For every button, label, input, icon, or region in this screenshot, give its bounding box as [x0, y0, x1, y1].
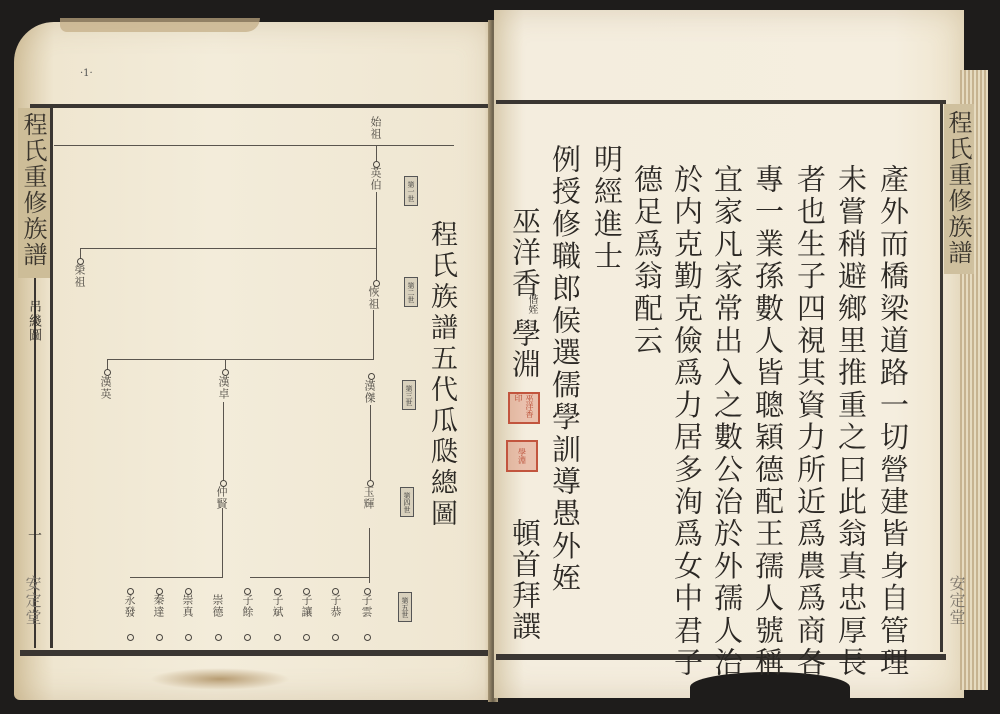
- text-column-5: 宜家凡家常出入之數公治於外孺人治: [712, 164, 741, 679]
- node-gen5-2: 玉輝: [363, 486, 374, 510]
- text-column-4: 專一業孫數人皆聰穎德配王孺人號稱: [753, 164, 782, 679]
- connector: [80, 248, 376, 249]
- node-gen6: 子雲: [361, 594, 372, 618]
- frame-inner-left-rule: [50, 108, 53, 648]
- node-gen2: 英伯: [370, 167, 381, 191]
- frame-top-rule: [496, 100, 946, 104]
- node-gen6: 子餘: [242, 594, 253, 618]
- node-gen6: 永發: [124, 594, 135, 618]
- margin-book-title: 程氏重修族譜: [946, 110, 970, 266]
- margin-book-title: 程氏重修族譜: [21, 112, 45, 268]
- node-gen6: 子恭: [330, 594, 341, 618]
- connector: [370, 405, 371, 480]
- frame-top-rule: [30, 104, 492, 108]
- node-gen6: 崇德: [212, 594, 223, 618]
- node-marker: [104, 369, 111, 376]
- generation-seal: 第五世: [398, 592, 412, 622]
- node-marker: [303, 588, 310, 595]
- connector: [373, 310, 374, 360]
- text-column-2: 未嘗稍避鄉里推重之曰此翁真忠厚長: [836, 164, 865, 679]
- node-gen6: 子讓: [301, 594, 312, 618]
- node-marker: [185, 588, 192, 595]
- node-gen5-1: 仲賢: [216, 486, 227, 510]
- node-marker: [332, 588, 339, 595]
- node-marker: [303, 634, 310, 641]
- generation-seal: 第一世: [404, 176, 418, 206]
- node-marker: [244, 588, 251, 595]
- margin-hall-name: 安定堂: [24, 575, 40, 626]
- page-marker: ·1·: [80, 68, 93, 79]
- author-name: 巫洋香: [510, 206, 539, 299]
- connector: [369, 528, 370, 583]
- node-marker: [185, 634, 192, 641]
- node-marker: [215, 634, 222, 641]
- node-marker: [156, 634, 163, 641]
- node-gen3-2: 恢祖: [368, 286, 379, 310]
- node-marker: [364, 634, 371, 641]
- chart-title: 程氏族譜五代瓜瓞總圖: [428, 220, 455, 530]
- node-gen4-3: 漢傑: [364, 380, 375, 404]
- node-gen6: 秦達: [153, 594, 164, 618]
- red-seal-1: 巫洋香印: [508, 392, 540, 424]
- margin-hall-name: 安定堂: [948, 575, 964, 626]
- node-gen4-2: 漢卓: [218, 376, 229, 400]
- signature-annotation: 偕姪: [526, 294, 536, 314]
- frame-inner-right-rule: [940, 104, 943, 652]
- text-column-7: 德足爲翁配云: [632, 164, 661, 357]
- node-gen1: 始祖: [370, 116, 381, 140]
- connector: [130, 577, 222, 578]
- node-marker: [332, 634, 339, 641]
- node-gen6: 子斌: [272, 594, 283, 618]
- text-column-9: 例授修職郎候選儒學訓導愚外姪: [550, 144, 579, 595]
- connector: [223, 402, 224, 482]
- margin-leaf-number: 一: [27, 528, 41, 543]
- margin-section-title: 吊綫圖: [27, 300, 40, 342]
- connector: [107, 359, 373, 360]
- frame-bottom-rule: [20, 650, 492, 656]
- node-gen3-1: 榮祖: [74, 264, 85, 288]
- node-gen4-1: 漢英: [100, 376, 111, 400]
- torn-edge: [60, 18, 260, 32]
- connector: [222, 508, 223, 578]
- connector: [376, 192, 377, 282]
- text-column-6: 於内克勤克儉爲力居多洵爲女中君子: [672, 164, 701, 679]
- node-marker: [156, 588, 163, 595]
- connector: [250, 577, 370, 578]
- node-marker: [368, 373, 375, 380]
- text-column-8: 明經進士: [592, 144, 621, 273]
- node-marker: [222, 369, 229, 376]
- node-gen6: 崇真: [182, 594, 193, 618]
- node-marker: [274, 588, 281, 595]
- node-marker: [127, 588, 134, 595]
- text-column-3: 者也生子四視其資力所近爲農爲商各: [795, 164, 824, 679]
- text-column-1: 產外而橋梁道路一切營建皆身自管理: [878, 164, 907, 679]
- generation-seal: 第二世: [404, 277, 418, 307]
- node-marker: [244, 634, 251, 641]
- gen1-rule: [54, 145, 454, 146]
- water-stain: [150, 668, 290, 690]
- node-marker: [274, 634, 281, 641]
- node-marker: [364, 588, 371, 595]
- node-marker: [127, 634, 134, 641]
- generation-seal: 第四世: [400, 487, 414, 517]
- red-seal-2: 學淵: [506, 440, 538, 472]
- closing-phrase: 頓首拜譔: [510, 518, 539, 642]
- generation-seal: 第三世: [402, 380, 416, 410]
- signature-name: 學淵: [510, 318, 539, 380]
